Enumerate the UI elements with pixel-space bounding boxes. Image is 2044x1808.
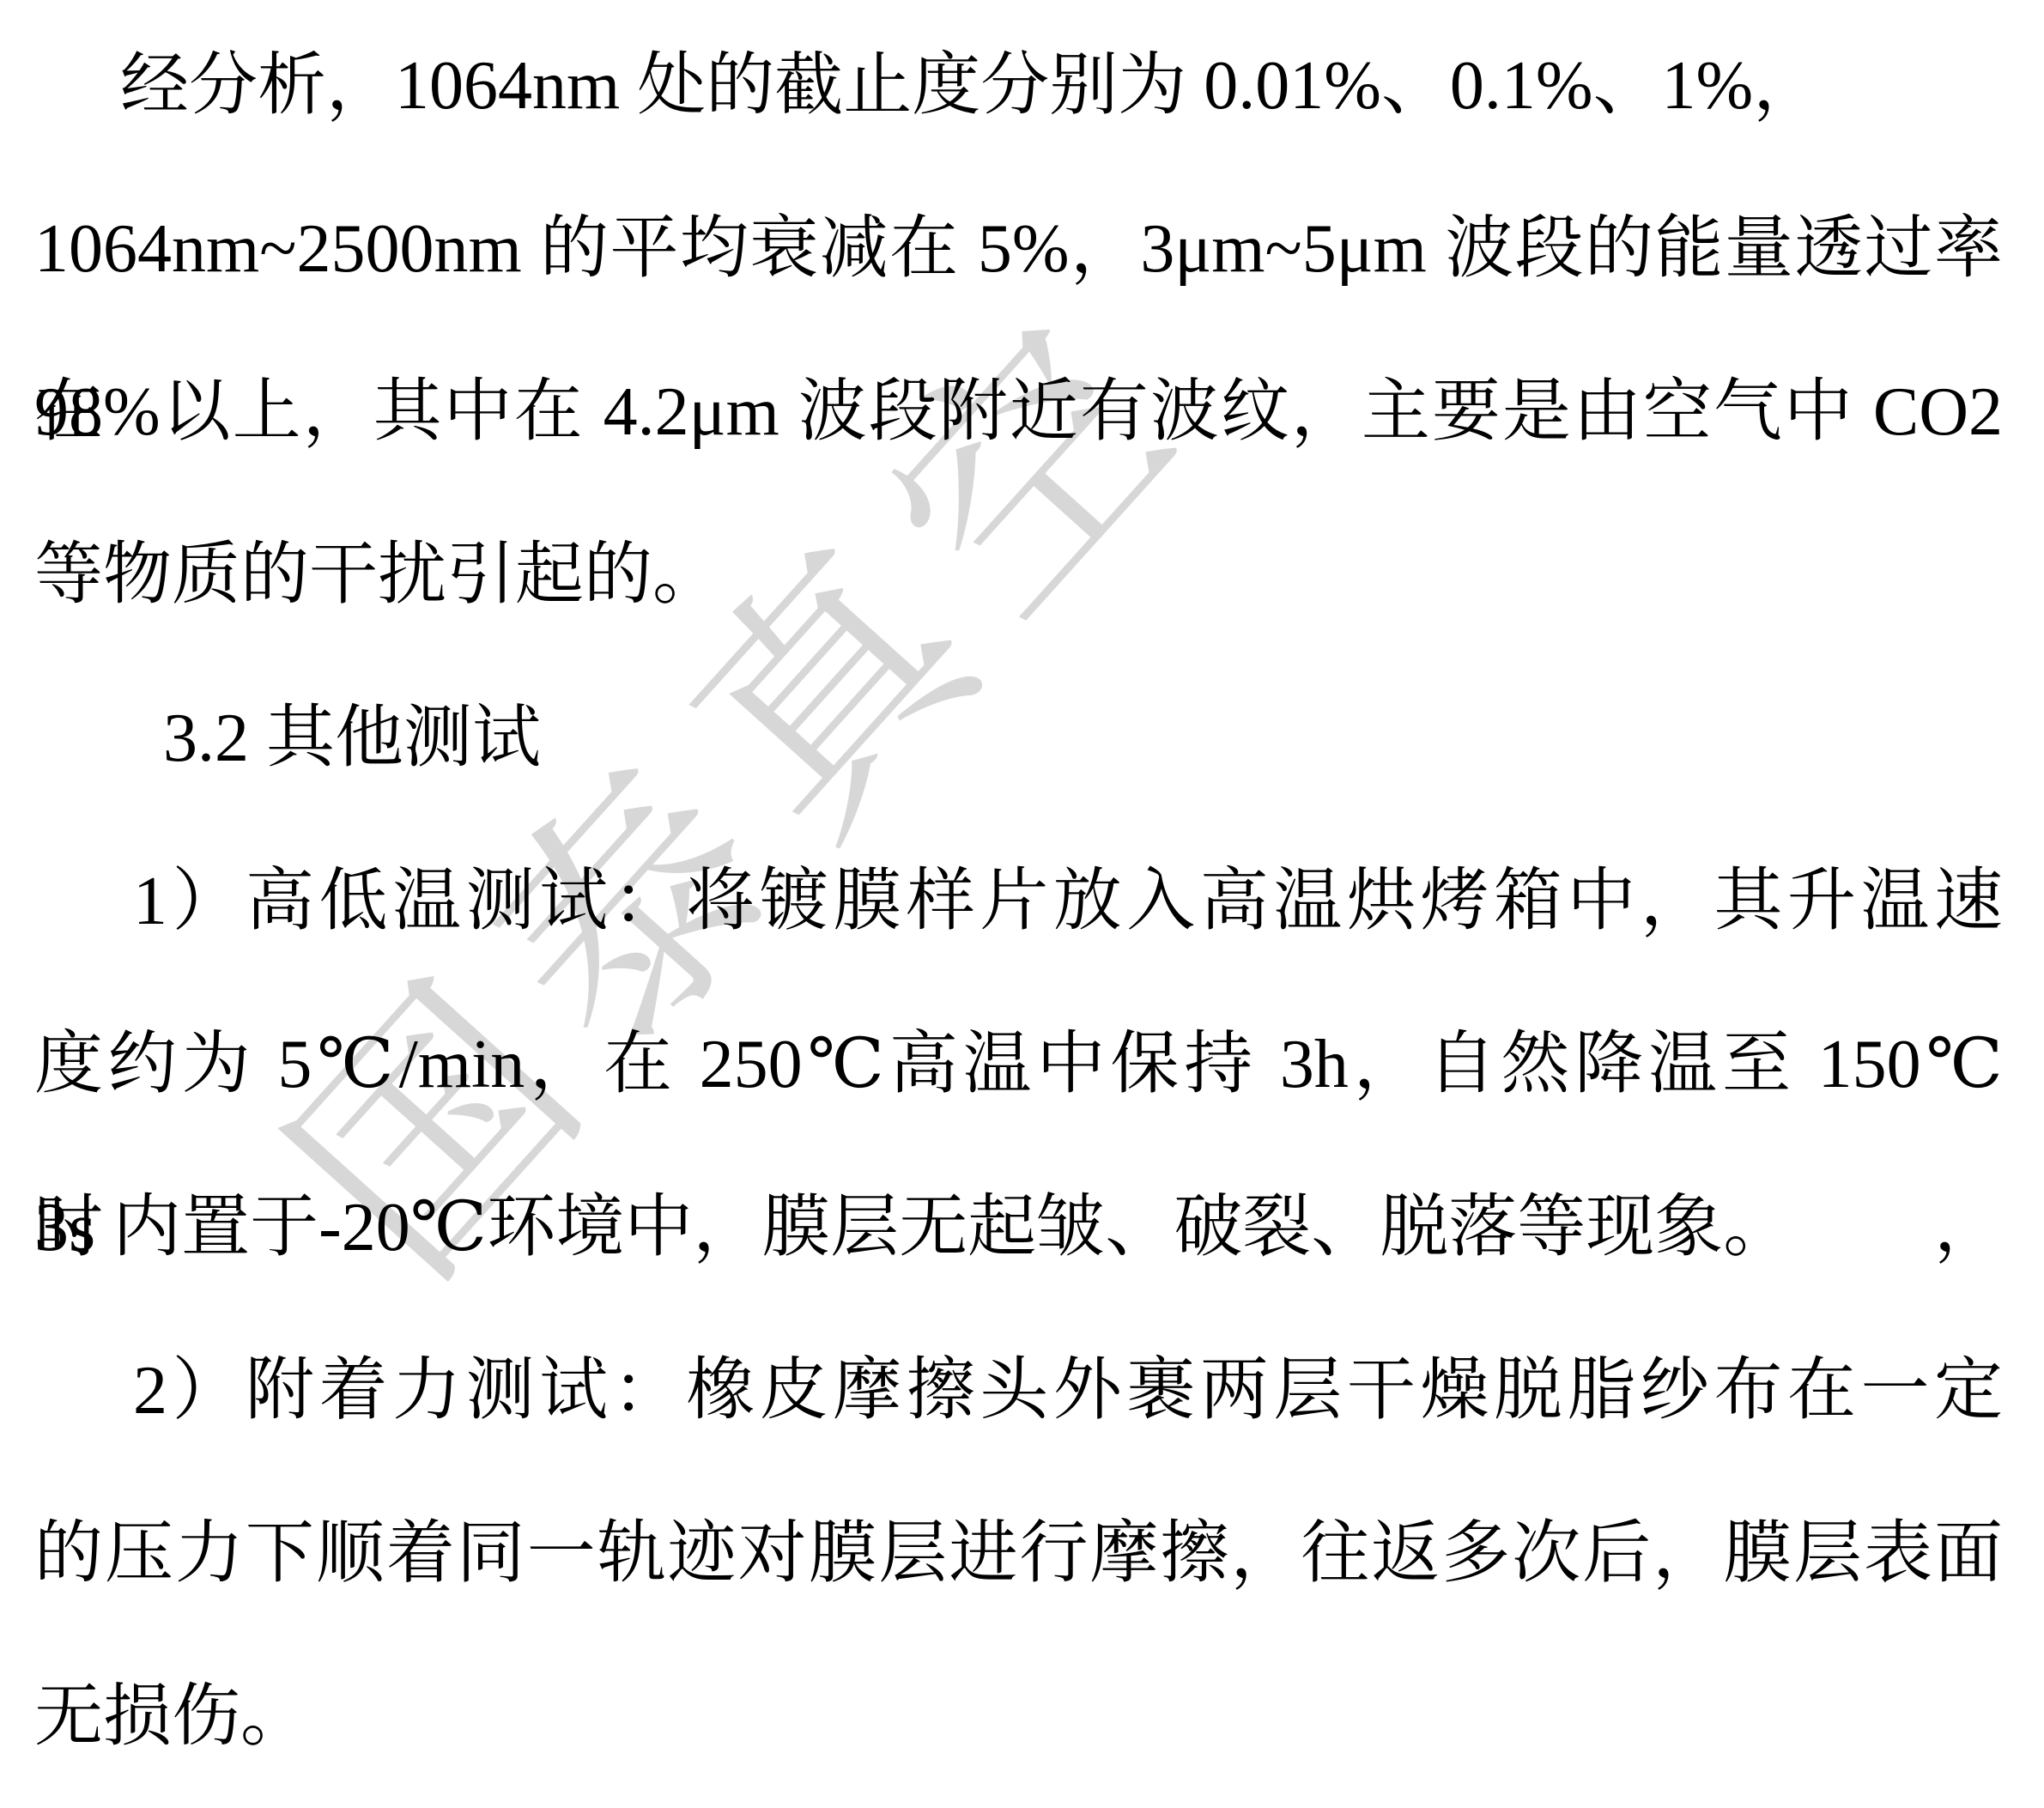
text-line: 度约为 5℃/min，在 250℃高温中保持 3h，自然降温至 150℃时， — [34, 983, 2003, 1146]
text-line: 98%以上，其中在 4.2μm 波段附近有波纹，主要是由空气中 CO2 — [34, 331, 2003, 494]
text-line: 1064nm~2500nm 的平均衰减在 5%，3μm~5μm 波段的能量透过率… — [34, 167, 2003, 331]
text-line: 1）高低温测试：将镀膜样片放入高温烘烤箱中，其升温速 — [34, 820, 2003, 983]
text-line: 经分析，1064nm 处的截止度分别为 0.01%、0.1%、1%， — [34, 4, 2003, 167]
text-line: 无损伤。 — [34, 1635, 2003, 1799]
text-line: 的压力下顺着同一轨迹对膜层进行摩擦，往返多次后，膜层表面 — [34, 1472, 2003, 1635]
text-line: 等物质的干扰引起的。 — [34, 494, 2003, 657]
document-page: 国泰真空 经分析，1064nm 处的截止度分别为 0.01%、0.1%、1%，1… — [0, 0, 2044, 1808]
section-heading: 3.2 其他测试 — [34, 657, 2003, 820]
text-line: 3s 内置于-20℃环境中，膜层无起皱、破裂、脱落等现象。 — [34, 1146, 2003, 1309]
document-body: 经分析，1064nm 处的截止度分别为 0.01%、0.1%、1%，1064nm… — [0, 4, 2044, 1799]
text-line: 2）附着力测试：橡皮摩擦头外裹两层干燥脱脂纱布在一定 — [34, 1309, 2003, 1472]
